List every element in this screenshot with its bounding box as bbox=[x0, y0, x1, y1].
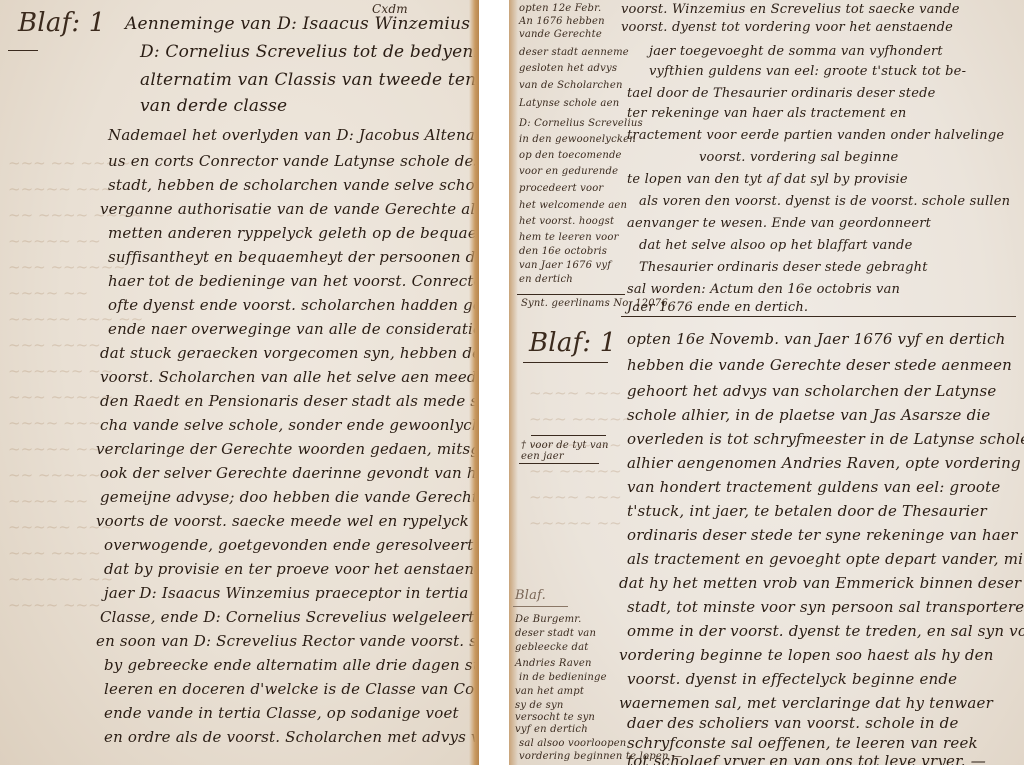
margin-note: vyf en dertich bbox=[515, 724, 588, 735]
text-line: jaer D: Isaacus Winzemius praeceptor in … bbox=[104, 584, 469, 602]
text-line: Nademael het overlyden van D: Jacobus Al… bbox=[108, 126, 479, 144]
text-line: leeren en doceren d'welcke is de Classe … bbox=[104, 680, 479, 698]
text-line: jaer toegevoeght de somma van vyfhondert bbox=[649, 44, 943, 59]
margin-note: Andries Raven bbox=[515, 658, 592, 669]
text-line: omme in der voorst. dyenst te treden, en… bbox=[627, 622, 1024, 640]
margin-note: van het ampt bbox=[515, 686, 584, 697]
margin-note: sy de syn bbox=[515, 700, 563, 711]
text-line: ende naer overweginge van alle de consid… bbox=[108, 320, 479, 338]
text-line: metten anderen ryppelyck geleth op de be… bbox=[108, 224, 479, 242]
margin-note: den 16e octobris bbox=[519, 246, 607, 257]
margin-note: en dertich bbox=[519, 274, 573, 285]
text-line: hebben die vande Gerechte deser stede ae… bbox=[627, 356, 1012, 374]
margin-note: van de Scholarchen bbox=[519, 80, 623, 91]
folio-mark: Blaf: 1 bbox=[529, 328, 617, 358]
margin-note: hem te leeren voor bbox=[519, 232, 619, 243]
text-line: dat stuck geraecken vorgecomen syn, hebb… bbox=[100, 344, 479, 362]
margin-note: deser stadt van bbox=[515, 628, 596, 639]
margin-note: in de bedieninge bbox=[519, 672, 607, 683]
text-line: voorst. Scholarchen van alle het selve a… bbox=[100, 368, 479, 386]
margin-note: het voorst. hoogst bbox=[519, 216, 614, 227]
text-line: ordinaris deser stede ter syne rekeninge… bbox=[627, 526, 1017, 544]
text-line: tractement voor eerde partien vanden ond… bbox=[627, 128, 1004, 143]
text-line: den Raedt en Pensionaris deser stadt als… bbox=[100, 392, 479, 410]
text-line: sal worden: Actum den 16e octobris van bbox=[627, 282, 900, 297]
text-line: overwogende, goetgevonden ende geresolve… bbox=[104, 536, 479, 554]
text-line: ende vande in tertia Classe, op sodanige… bbox=[104, 704, 459, 722]
margin-note: De Burgemr. bbox=[515, 614, 582, 625]
text-line: suffisantheyt en bequaemheyt der persoon… bbox=[108, 248, 479, 266]
manuscript-page-left: ~~~ ~~ ~~~~ ~~~~~ ~~~ ~~ ~~~~ ~~~~ ~~~~~… bbox=[0, 0, 479, 765]
margin-note: gebleecke dat bbox=[515, 642, 589, 653]
text-line: alhier aengenomen Andries Raven, opte vo… bbox=[627, 454, 1021, 472]
text-line: voorst. Winzemius en Screvelius tot saec… bbox=[621, 2, 960, 17]
margin-note: sal alsoo voorloopen bbox=[519, 738, 626, 749]
margin-divider bbox=[531, 435, 606, 436]
text-line: dat by provisie en ter proeve voor het a… bbox=[104, 560, 479, 578]
margin-note: gesloten het advys bbox=[519, 63, 617, 74]
margin-note: deser stadt aenneme bbox=[519, 47, 629, 58]
text-line: en soon van D: Screvelius Rector vande v… bbox=[96, 632, 479, 650]
margin-note: het welcomende aen bbox=[519, 200, 627, 211]
text-line: ter rekeninge van haer als tractement en bbox=[627, 106, 906, 121]
heading-line: Aenneminge van D: Isaacus Winzemius en bbox=[125, 14, 479, 34]
text-line: opten 16e Novemb. van Jaer 1676 vyf en d… bbox=[627, 330, 1005, 348]
folio-underline bbox=[8, 50, 38, 51]
text-line: voorst. dyenst tot vordering voor het ae… bbox=[621, 20, 953, 35]
text-line: Classe, ende D: Cornelius Screvelius wel… bbox=[100, 608, 475, 626]
text-line: van hondert tractement guldens van eel: … bbox=[627, 478, 1000, 496]
text-line: t'stuck, int jaer, te betalen door de Th… bbox=[627, 502, 987, 520]
text-line: gehoort het advys van scholarchen der La… bbox=[627, 382, 996, 400]
text-line: dat hy het metten vrob van Emmerick binn… bbox=[619, 574, 1021, 592]
text-line: ook der selver Gerechte daerinne gevondt… bbox=[100, 464, 479, 482]
text-line: vyfthien guldens van eel: groote t'stuck… bbox=[649, 64, 966, 79]
margin-note: vande Gerechte bbox=[519, 29, 602, 40]
manuscript-page-right: ~~~~ ~~~ ~~~ ~~~~~ ~~~~~ ~~ ~~ ~~~~~ ~~~… bbox=[509, 0, 1024, 765]
text-line: overleden is tot schryfmeester in de Lat… bbox=[627, 430, 1024, 448]
margin-note: van Jaer 1676 vyf bbox=[519, 260, 611, 271]
text-line: stadt, tot minste voor syn persoon sal t… bbox=[627, 598, 1024, 616]
text-line: dat het selve alsoo op het blaffart vand… bbox=[639, 238, 912, 253]
margin-note: An 1676 hebben bbox=[519, 16, 605, 27]
heading-line: alternatim van Classis van tweede ten en bbox=[140, 70, 479, 90]
folio-mark: Blaf: 1 bbox=[18, 8, 106, 38]
text-line: by gebreecke ende alternatim alle drie d… bbox=[104, 656, 479, 674]
margin-note: Latynse schole aen bbox=[519, 98, 619, 109]
margin-note: versocht te syn bbox=[515, 712, 595, 723]
text-line: tael door de Thesaurier ordinaris deser … bbox=[627, 86, 936, 101]
margin-divider bbox=[513, 606, 568, 607]
text-line: voorts de voorst. saecke meede wel en ry… bbox=[96, 512, 469, 530]
text-line: verclaringe der Gerechte woorden gedaen,… bbox=[96, 440, 479, 458]
folio-underline bbox=[523, 362, 608, 363]
margin-note-cross: † voor de tyt van een jaer bbox=[521, 440, 616, 462]
text-line: Thesaurier ordinaris deser stede gebragh… bbox=[639, 260, 928, 275]
text-line: schryfconste sal oeffenen, te leeren van… bbox=[627, 734, 978, 752]
heading-line: van derde classe bbox=[140, 96, 287, 116]
margin-note: op den toecomende bbox=[519, 150, 622, 161]
text-line: daer des scholiers van voorst. schole in… bbox=[627, 714, 959, 732]
text-line: voorst. dyenst in effectelyck beginne en… bbox=[627, 670, 957, 688]
text-line: waernemen sal, met verclaringe dat hy te… bbox=[619, 694, 993, 712]
margin-note: vordering beginnen te lopen — bbox=[519, 751, 682, 762]
text-line: us en corts Conrector vande Latynse scho… bbox=[108, 152, 479, 170]
text-line: als tractement en gevoeght opte depart v… bbox=[627, 550, 1024, 568]
text-line: stadt, hebben de scholarchen vande selve… bbox=[108, 176, 479, 194]
margin-note: in den gewoonelycken bbox=[519, 134, 636, 145]
section-divider bbox=[621, 316, 1016, 317]
margin-note: D: Cornelius Screvelius bbox=[519, 118, 643, 129]
margin-reference-note: Synt. geerlinams No. 12076 bbox=[521, 298, 668, 309]
text-line: voorst. vordering sal beginne bbox=[699, 150, 898, 165]
text-line: en ordre als de voorst. Scholarchen met … bbox=[104, 728, 479, 746]
text-line: schole alhier, in de plaetse van Jas Asa… bbox=[627, 406, 990, 424]
margin-divider bbox=[517, 294, 625, 295]
text-line: gemeijne advyse; doo hebben die vande Ge… bbox=[100, 488, 479, 506]
text-line: haer tot de bedieninge van het voorst. C… bbox=[108, 272, 479, 290]
text-line: cha vande selve schole, sonder ende gewo… bbox=[100, 416, 479, 434]
text-line: ofte dyenst ende voorst. scholarchen had… bbox=[108, 296, 479, 314]
margin-note: voor en gedurende bbox=[519, 166, 618, 177]
margin-note: opten 12e Febr. bbox=[519, 3, 601, 14]
text-line: als voren den voorst. dyenst is de voors… bbox=[639, 194, 1010, 209]
text-line: te lopen van den tyt af dat syl by provi… bbox=[627, 172, 908, 187]
margin-divider bbox=[519, 463, 599, 464]
margin-folio-label: Blaf. bbox=[515, 588, 546, 603]
text-line: vordering beginne te lopen soo haest als… bbox=[619, 646, 994, 664]
margin-note: procedeert voor bbox=[519, 183, 603, 194]
heading-line: D: Cornelius Screvelius tot de bedyening… bbox=[140, 42, 479, 62]
text-line: aenvanger te wesen. Ende van geordonneer… bbox=[627, 216, 931, 231]
text-line: verganne authorisatie van de vande Gerec… bbox=[100, 200, 479, 218]
